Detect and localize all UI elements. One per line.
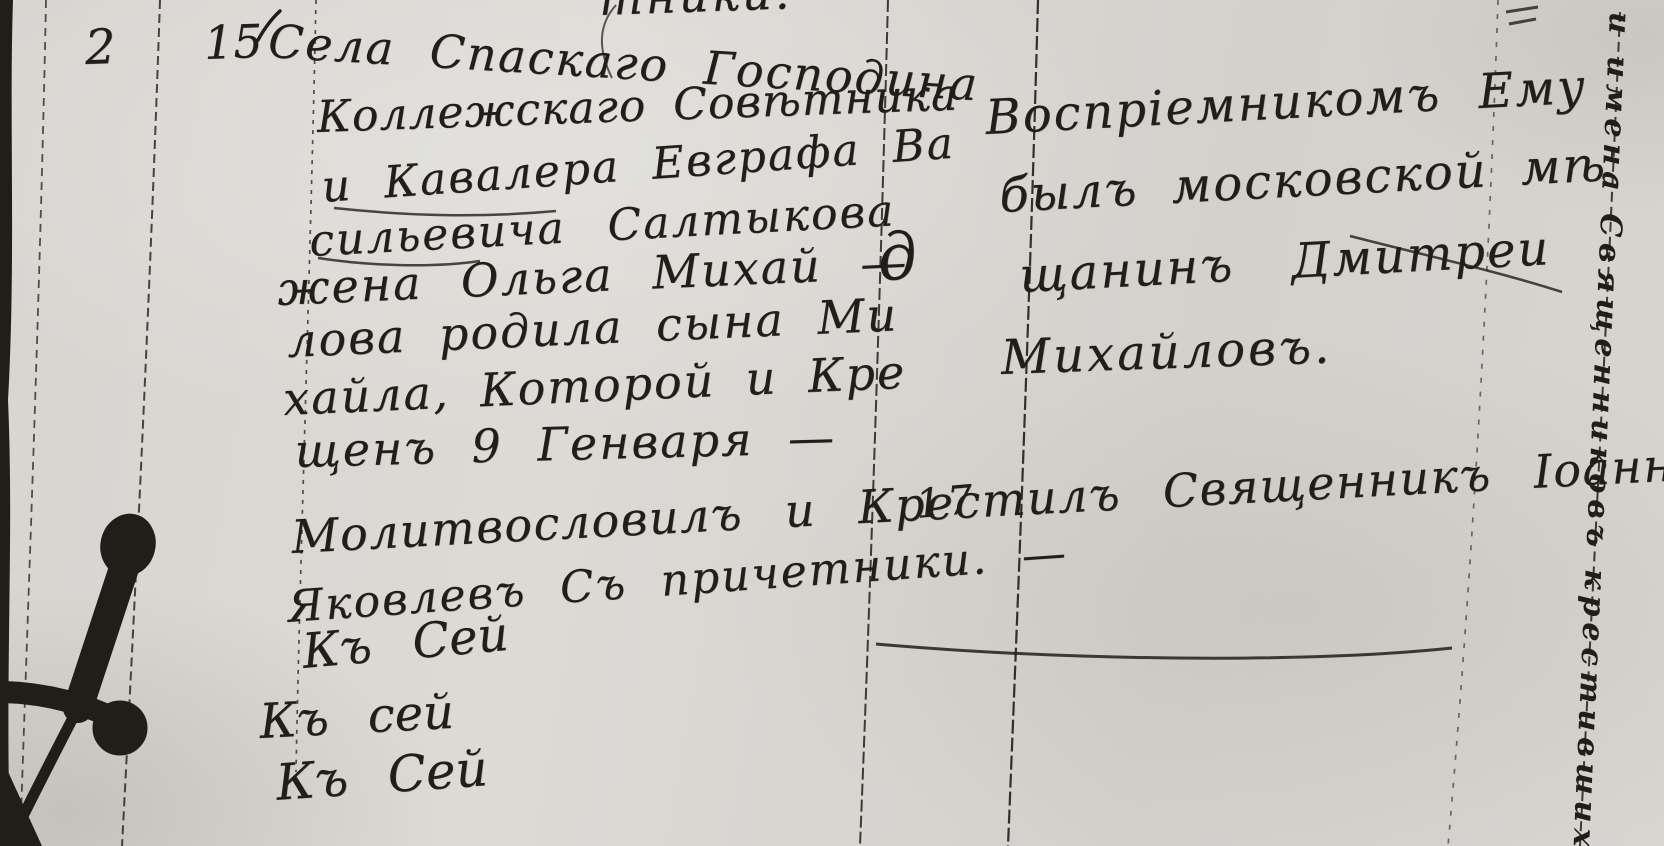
column-rule-6 bbox=[1448, 0, 1498, 846]
metrical-book-scan-page: тники. — 2 15 17 Села Спаскаго Господина… bbox=[0, 0, 1664, 846]
scan-edge bbox=[0, 0, 13, 846]
underline-priest-name bbox=[876, 644, 1452, 658]
ink-blot bbox=[0, 508, 162, 846]
record-number: 2 bbox=[84, 19, 116, 76]
column-rule-1 bbox=[20, 0, 46, 846]
godparent-line: Михайловъ. bbox=[1000, 318, 1333, 386]
signature-fragment: Къ сей bbox=[258, 684, 455, 750]
day-number: 15 bbox=[203, 14, 263, 70]
corner-scribble bbox=[1506, 7, 1538, 24]
